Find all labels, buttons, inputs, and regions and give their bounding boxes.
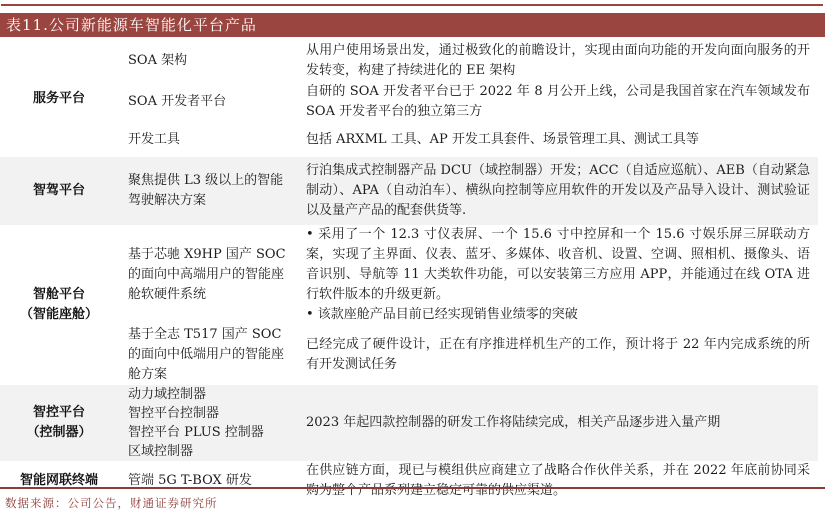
table-row: SOA 开发者平台 自研的 SOA 开发者平台已于 2022 年 8 月公开上线… (118, 82, 818, 122)
description-bullet: • 采用了一个 12.3 寸仪表屏、一个 15.6 寸中控屏和一个 15.6 寸… (306, 225, 810, 305)
category-subline: （控制器） (26, 423, 91, 443)
data-source-note: 数据来源：公司公告，财通证券研究所 (5, 495, 218, 511)
description-bullet: • 该款座舱产品目前已经实现销售业绩零的突破 (306, 305, 810, 325)
category-line: 智控平台 (33, 403, 85, 423)
table-title: 表11.公司新能源车智能化平台产品 (0, 13, 825, 37)
product-cell: 开发工具 (118, 130, 306, 150)
bottom-rule (0, 487, 825, 489)
category-subline: （智能座舱） (20, 305, 98, 325)
description-cell: 行泊集成式控制器产品 DCU（域控制器）开发；ACC（自适应巡航）、AEB（自动… (306, 161, 818, 221)
table-row: SOA 架构 从用户使用场景出发，通过极致化的前瞻设计，实现由面向功能的开发向面… (118, 40, 818, 82)
product-cell: 基于芯驰 X9HP 国产 SOC 的面向中高端用户的智能座舱软硬件系统 (118, 245, 306, 305)
product-cell: 聚焦提供 L3 级以上的智能驾驶解决方案 (118, 171, 306, 211)
table-row: 开发工具 包括 ARXML 工具、AP 开发工具套件、场景管理工具、测试工具等 (118, 122, 818, 157)
table-row: 基于全志 T517 国产 SOC 的面向中低端用户的智能座舱方案 已经完成了硬件… (118, 325, 818, 385)
description-cell: 自研的 SOA 开发者平台已于 2022 年 8 月公开上线，公司是我国首家在汽… (306, 82, 818, 122)
product-line: 智控平台 PLUS 控制器 (128, 423, 296, 442)
section-service-platform: 服务平台 SOA 架构 从用户使用场景出发，通过极致化的前瞻设计，实现由面向功能… (0, 40, 818, 157)
category-line: 智驾平台 (33, 181, 85, 201)
product-cell: SOA 开发者平台 (118, 92, 306, 112)
section-smart-control-platform: 智控平台 （控制器） 动力域控制器 智控平台控制器 智控平台 PLUS 控制器 … (0, 385, 818, 461)
category-label: 智控平台 （控制器） (0, 385, 118, 461)
category-label: 服务平台 (0, 40, 118, 157)
description-cell: 在供应链方面，现已与模组供应商建立了战略合作伙伴关系，并在 2022 年底前协同… (306, 461, 818, 501)
product-line: 动力域控制器 (128, 385, 296, 404)
description-cell: 已经完成了硬件设计，正在有序推进样机生产的工作，预计将于 22 年内完成系统的所… (306, 335, 818, 375)
category-label: 智舱平台 （智能座舱） (0, 225, 118, 385)
product-cell: 动力域控制器 智控平台控制器 智控平台 PLUS 控制器 区域控制器 (118, 385, 306, 461)
category-line: 服务平台 (33, 89, 85, 109)
category-label: 智驾平台 (0, 157, 118, 225)
table-row: 动力域控制器 智控平台控制器 智控平台 PLUS 控制器 区域控制器 2023 … (118, 385, 818, 461)
product-line: 区域控制器 (128, 442, 296, 461)
section-smart-driving-platform: 智驾平台 聚焦提供 L3 级以上的智能驾驶解决方案 行泊集成式控制器产品 DCU… (0, 157, 818, 225)
description-cell: 从用户使用场景出发，通过极致化的前瞻设计，实现由面向功能的开发向面向服务的开发转… (306, 41, 818, 81)
table-row: 聚焦提供 L3 级以上的智能驾驶解决方案 行泊集成式控制器产品 DCU（域控制器… (118, 157, 818, 225)
product-cell: SOA 架构 (118, 51, 306, 71)
products-table: 服务平台 SOA 架构 从用户使用场景出发，通过极致化的前瞻设计，实现由面向功能… (0, 40, 818, 501)
table-row: 管端 5G T-BOX 研发 在供应链方面，现已与模组供应商建立了战略合作伙伴关… (118, 461, 818, 501)
product-line: 智控平台控制器 (128, 404, 296, 423)
description-cell: 包括 ARXML 工具、AP 开发工具套件、场景管理工具、测试工具等 (306, 130, 818, 150)
top-rule (1, 4, 823, 6)
product-cell: 基于全志 T517 国产 SOC 的面向中低端用户的智能座舱方案 (118, 325, 306, 385)
category-line: 智舱平台 (33, 285, 85, 305)
section-smart-cockpit-platform: 智舱平台 （智能座舱） 基于芯驰 X9HP 国产 SOC 的面向中高端用户的智能… (0, 225, 818, 385)
table-row: 基于芯驰 X9HP 国产 SOC 的面向中高端用户的智能座舱软硬件系统 • 采用… (118, 225, 818, 325)
description-cell: • 采用了一个 12.3 寸仪表屏、一个 15.6 寸中控屏和一个 15.6 寸… (306, 225, 818, 325)
description-cell: 2023 年起四款控制器的研发工作将陆续完成，相关产品逐步进入量产期 (306, 413, 818, 433)
